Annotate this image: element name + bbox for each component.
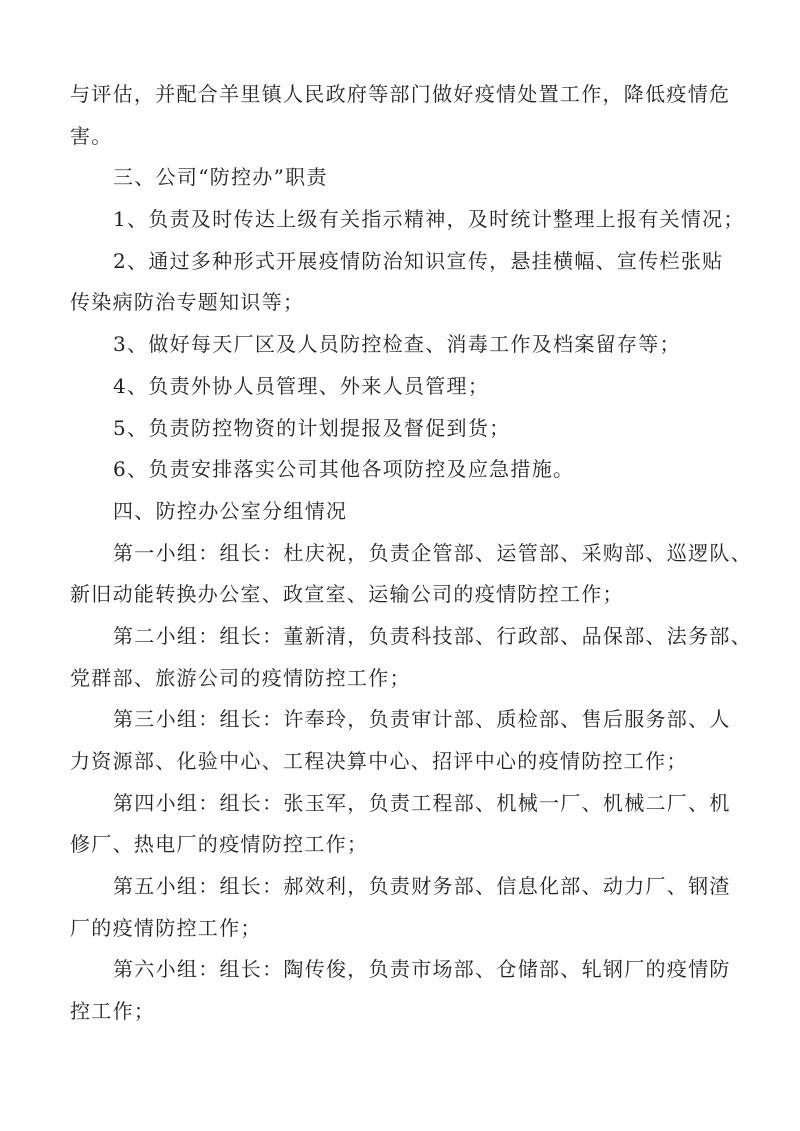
list-item-3: 3、做好每天厂区及人员防控检查、消毒工作及档案留存等； [70, 324, 732, 366]
group-2-paragraph-continuation: 党群部、旅游公司的疫情防控工作； [70, 658, 732, 700]
group-5-paragraph-continuation: 厂的疫情防控工作； [70, 908, 732, 950]
list-item-1: 1、负责及时传达上级有关指示精神，及时统计整理上报有关情况； [70, 199, 732, 241]
list-item-4: 4、负责外协人员管理、外来人员管理； [70, 366, 732, 408]
document-page: 与评估，并配合羊里镇人民政府等部门做好疫情处置工作，降低疫情危 害。 三、公司“… [70, 74, 732, 1033]
group-6-paragraph: 第六小组：组长：陶传俊，负责市场部、仓储部、轧钢厂的疫情防 [70, 949, 732, 991]
section-heading-4: 四、防控办公室分组情况 [70, 491, 732, 533]
group-3-paragraph: 第三小组：组长：许奉玲，负责审计部、质检部、售后服务部、人 [70, 699, 732, 741]
list-item-2: 2、通过多种形式开展疫情防治知识宣传，悬挂横幅、宣传栏张贴 [70, 241, 732, 283]
group-4-paragraph-continuation: 修厂、热电厂的疫情防控工作； [70, 824, 732, 866]
group-6-paragraph-continuation: 控工作； [70, 991, 732, 1033]
group-2-paragraph: 第二小组：组长：董新清，负责科技部、行政部、品保部、法务部、 [70, 616, 732, 658]
list-item-2-continuation: 传染病防治专题知识等； [70, 282, 732, 324]
group-4-paragraph: 第四小组：组长：张玉军，负责工程部、机械一厂、机械二厂、机 [70, 783, 732, 825]
group-1-paragraph-continuation: 新旧动能转换办公室、政宣室、运输公司的疫情防控工作； [70, 574, 732, 616]
section-heading-3: 三、公司“防控办”职责 [70, 157, 732, 199]
group-5-paragraph: 第五小组：组长：郝效利，负责财务部、信息化部、动力厂、钢渣 [70, 866, 732, 908]
group-1-paragraph: 第一小组：组长：杜庆祝，负责企管部、运管部、采购部、巡逻队、 [70, 533, 732, 575]
paragraph-continuation-line: 与评估，并配合羊里镇人民政府等部门做好疫情处置工作，降低疫情危 [70, 74, 732, 116]
group-3-paragraph-continuation: 力资源部、化验中心、工程决算中心、招评中心的疫情防控工作； [70, 741, 732, 783]
list-item-5: 5、负责防控物资的计划提报及督促到货； [70, 408, 732, 450]
list-item-6: 6、负责安排落实公司其他各项防控及应急措施。 [70, 449, 732, 491]
paragraph-continuation-line: 害。 [70, 116, 732, 158]
